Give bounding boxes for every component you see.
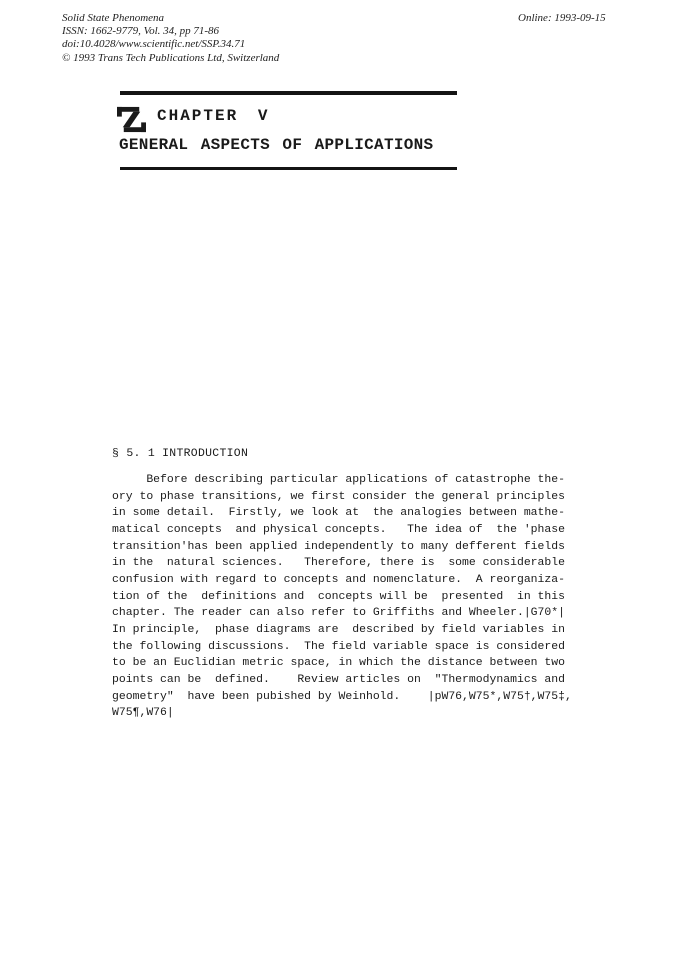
bottom-rule-divider — [120, 167, 457, 170]
section-heading: § 5. 1 INTRODUCTION — [112, 447, 248, 460]
journal-doi-line: doi:10.4028/www.scientific.net/SSP.34.71 — [62, 38, 279, 51]
scanned-paper-page: Solid State Phenomena ISSN: 1662-9779, V… — [0, 0, 678, 959]
journal-issn-line: ISSN: 1662-9779, Vol. 34, pp 71-86 — [62, 25, 279, 38]
journal-header-block: Solid State Phenomena ISSN: 1662-9779, V… — [62, 12, 279, 65]
top-rule-divider — [120, 91, 457, 95]
chapter-number-heading: CHAPTER V — [157, 107, 269, 125]
body-paragraph: Before describing particular application… — [112, 472, 572, 722]
chapter-ornament-icon — [116, 105, 147, 134]
journal-title: Solid State Phenomena — [62, 12, 279, 25]
journal-copyright-line: © 1993 Trans Tech Publications Ltd, Swit… — [62, 52, 279, 65]
chapter-title-heading: GENERAL ASPECTS OF APPLICATIONS — [119, 136, 433, 154]
online-date: Online: 1993-09-15 — [518, 12, 618, 25]
